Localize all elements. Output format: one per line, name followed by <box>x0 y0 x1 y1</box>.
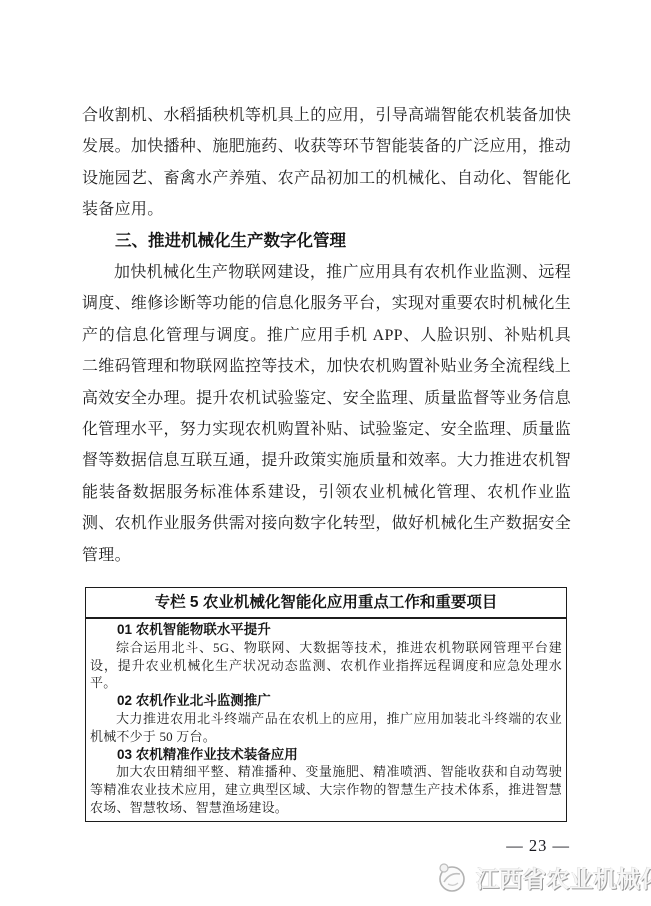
column-box-title: 专栏 5 农业机械化智能化应用重点工作和重要项目 <box>86 588 566 619</box>
document-page: 合收割机、水稻插秧机等机具上的应用，引导高端智能农机装备加快发展。加快播种、施肥… <box>0 0 651 906</box>
box-item-2-body: 大力推进农用北斗终端产品在农机上的应用，推广应用加装北斗终端的农业机械不少于 5… <box>90 710 562 746</box>
section-paragraph: 加快机械化生产物联网建设，推广应用具有农机作业监测、远程调度、维修诊断等功能的信… <box>82 257 571 571</box>
box-item-3-body: 加大农田精细平整、精准播种、变量施肥、精准喷洒、智能收获和自动驾驶等精准农业技术… <box>90 763 562 816</box>
box-item-3-heading: 03 农机精准作业技术装备应用 <box>90 746 562 764</box>
association-emblem-icon <box>434 860 468 894</box>
column-5-box: 专栏 5 农业机械化智能化应用重点工作和重要项目 01 农机智能物联水平提升 综… <box>85 587 567 822</box>
box-item-1-body: 综合运用北斗、5G、物联网、大数据等技术，推进农机物联网管理平台建设，提升农业机… <box>90 639 562 692</box>
watermark-association-name: 江西省农业机械化协会 <box>476 861 651 894</box>
footer-watermark: 江西省农业机械化协会 <box>434 860 651 894</box>
box-item-2-heading: 02 农机作业北斗监测推广 <box>90 692 562 710</box>
page-content: 合收割机、水稻插秧机等机具上的应用，引导高端智能农机装备加快发展。加快播种、施肥… <box>82 100 571 822</box>
page-number: — 23 — <box>506 836 570 856</box>
column-box-body: 01 农机智能物联水平提升 综合运用北斗、5G、物联网、大数据等技术，推进农机物… <box>86 619 566 821</box>
box-item-1-heading: 01 农机智能物联水平提升 <box>90 621 562 639</box>
paragraph-continuation: 合收割机、水稻插秧机等机具上的应用，引导高端智能农机装备加快发展。加快播种、施肥… <box>82 100 571 226</box>
section-heading: 三、推进机械化生产数字化管理 <box>82 226 571 257</box>
